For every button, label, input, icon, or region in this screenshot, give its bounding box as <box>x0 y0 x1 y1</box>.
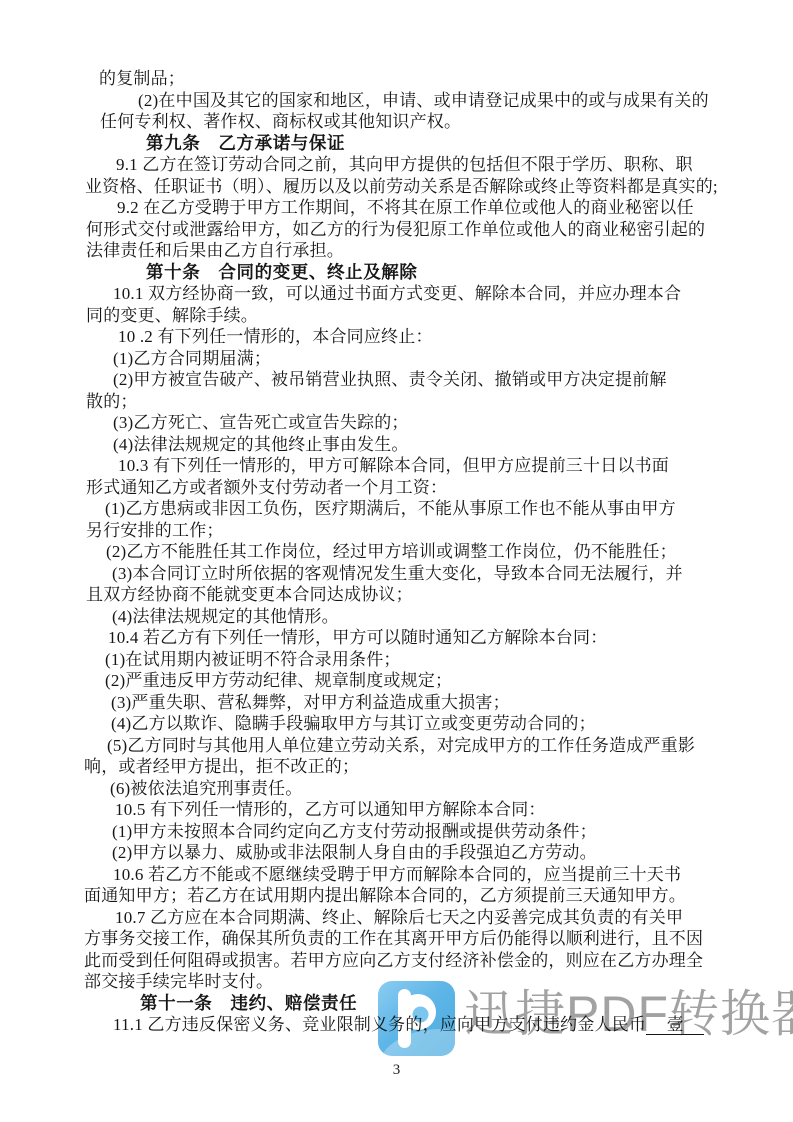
line-text: 业资格、任职证书（明）、履历以及以前劳动关系是否解除或终止等资料都是真实的; <box>85 177 718 196</box>
line-text: (3)乙方死亡、宣告死亡或宣告失踪的； <box>113 413 409 432</box>
document-line: 业资格、任职证书（明）、履历以及以前劳动关系是否解除或终止等资料都是真实的; <box>84 176 744 198</box>
document-line: (1)甲方未按照本合同约定向乙方支付劳动报酬或提供劳动条件； <box>84 821 744 843</box>
document-line: 且双方经协商不能就变更本合同达成协议； <box>84 584 744 606</box>
document-line: 10.7 乙方应在本合同期满、终止、解除后七天之内妥善完成其负责的有关甲 <box>84 907 744 929</box>
line-text: (4)法律法规规定的其他情形。 <box>112 607 339 626</box>
line-text: 9.2 在乙方受聘于甲方工作期间，不将其在原工作单位或他人的商业秘密以任 <box>117 198 694 217</box>
line-text: (1)乙方合同期届满； <box>113 349 271 368</box>
line-text: 部交接手续完毕时支付。 <box>84 972 273 991</box>
document-line: 11.1 乙方违反保密义务、竞业限制义务的，应向甲方支付违约金人民币壹 <box>84 1014 744 1036</box>
document-line: 9.1 乙方在签订劳动合同之前，其向甲方提供的包括但不限于学历、职称、职 <box>84 154 744 176</box>
document-line: (2)在中国及其它的国家和地区，申请、或申请登记成果中的或与成果有关的 <box>84 90 744 112</box>
document-line: 10.5 有下列任一情形的，乙方可以通知甲方解除本合同： <box>84 799 744 821</box>
underlined-blank: 壹 <box>646 1015 704 1035</box>
document-line: (4)法律法规规定的其他情形。 <box>84 606 744 628</box>
line-text: 的复制品； <box>99 69 185 88</box>
line-text: (1)在试用期内被证明不符合录用条件； <box>105 650 401 669</box>
line-text: (6)被依法追究刑事责任。 <box>110 779 302 798</box>
line-text: 散的； <box>86 392 138 411</box>
line-text: (4)法律法规规定的其他终止事由发生。 <box>113 435 409 454</box>
document-line: (1)乙方患病或非因工负伤，医疗期满后，不能从事原工作也不能从事由甲方 <box>84 498 744 520</box>
line-text: 10.7 乙方应在本合同期满、终止、解除后七天之内妥善完成其负责的有关甲 <box>115 908 683 927</box>
page-number: 3 <box>0 1062 793 1079</box>
document-line: 任何专利权、著作权、商标权或其他知识产权。 <box>84 111 744 133</box>
document-heading-line: 第九条 乙方承诺与保证 <box>84 133 744 155</box>
document-line: 此而受到任何阻碍或损害。若甲方应向乙方支付经济补偿金的，则应在乙方办理全 <box>84 950 744 972</box>
line-text: 方事务交接工作，确保其所负责的工作在其离开甲方后仍能得以顺利进行，且不因 <box>84 929 703 948</box>
document-line: (3)乙方死亡、宣告死亡或宣告失踪的； <box>84 412 744 434</box>
document-line: 面通知甲方；若乙方在试用期内提出解除本合同的，乙方须提前三天通知甲方。 <box>84 885 744 907</box>
document-line: (2)乙方不能胜任其工作岗位，经过甲方培训或调整工作岗位，仍不能胜任； <box>84 541 744 563</box>
line-text: 何形式交付或泄露给甲方，如乙方的行为侵犯原工作单位或他人的商业秘密引起的 <box>86 220 705 239</box>
line-text: 第九条 乙方承诺与保证 <box>146 133 345 153</box>
document-line: 法律责任和后果由乙方自行承担。 <box>84 240 744 262</box>
document-line: 9.2 在乙方受聘于甲方工作期间，不将其在原工作单位或他人的商业秘密以任 <box>84 197 744 219</box>
line-text: (2)在中国及其它的国家和地区，申请、或申请登记成果中的或与成果有关的 <box>138 91 709 110</box>
document-line: 另行安排的工作； <box>84 520 744 542</box>
line-text: (3)本合同订立时所依据的客观情况发生重大变化，导致本合同无法履行，并 <box>112 564 683 583</box>
line-text: (5)乙方同时与其他用人单位建立劳动关系，对完成甲方的工作任务造成严重影 <box>107 736 695 755</box>
document-heading-line: 第十一条 违约、赔偿责任 <box>84 993 744 1015</box>
document-line: 10.1 双方经协商一致，可以通过书面方式变更、解除本合同，并应办理本合 <box>84 283 744 305</box>
line-text: (1)甲方未按照本合同约定向乙方支付劳动报酬或提供劳动条件； <box>112 822 597 841</box>
line-text: (3)严重失职、营私舞弊，对甲方利益造成重大损害； <box>111 693 510 712</box>
document-line: (1)乙方合同期届满； <box>84 348 744 370</box>
line-text: 法律责任和后果由乙方自行承担。 <box>86 241 344 260</box>
line-text: 面通知甲方；若乙方在试用期内提出解除本合同的，乙方须提前三天通知甲方。 <box>84 886 686 905</box>
line-text: 10 .2 有下列任一情形的，本合同应终止： <box>118 327 433 346</box>
document-line: 的复制品； <box>84 68 744 90</box>
line-text: (4)乙方以欺诈、隐瞒手段骗取甲方与其订立或变更劳动合同的； <box>111 714 596 733</box>
document-line: 同的变更、解除手续。 <box>84 305 744 327</box>
line-text: 第十一条 违约、赔偿责任 <box>140 993 357 1013</box>
line-text: (1)乙方患病或非因工负伤，医疗期满后，不能从事原工作也不能从事由甲方 <box>105 499 676 518</box>
line-text: (2)乙方不能胜任其工作岗位，经过甲方培训或调整工作岗位，仍不能胜任； <box>106 542 677 561</box>
document-line: (1)在试用期内被证明不符合录用条件； <box>84 649 744 671</box>
document-line: 形式通知乙方或者额外支付劳动者一个月工资： <box>84 477 744 499</box>
line-text: 10.4 若乙方有下列任一情形，甲方可以随时通知乙方解除本台同： <box>108 628 607 647</box>
document-line: 响，或者经甲方提出，拒不改正的； <box>84 756 744 778</box>
document-line: (3)严重失职、营私舞弊，对甲方利益造成重大损害； <box>84 692 744 714</box>
line-text: 10.6 若乙方不能或不愿继续受聘于甲方而解除本合同的，应当提前三十天书 <box>113 865 681 884</box>
line-text: 10.5 有下列任一情形的，乙方可以通知甲方解除本合同： <box>115 800 546 819</box>
document-line: (6)被依法追究刑事责任。 <box>84 778 744 800</box>
line-text: 响，或者经甲方提出，拒不改正的； <box>84 757 359 776</box>
document-line: (4)法律法规规定的其他终止事由发生。 <box>84 434 744 456</box>
line-text: 11.1 乙方违反保密义务、竞业限制义务的，应向甲方支付违约金人民币 <box>113 1015 646 1034</box>
document-line: (5)乙方同时与其他用人单位建立劳动关系，对完成甲方的工作任务造成严重影 <box>84 735 744 757</box>
document-line: (4)乙方以欺诈、隐瞒手段骗取甲方与其订立或变更劳动合同的； <box>84 713 744 735</box>
line-text: 同的变更、解除手续。 <box>86 306 258 325</box>
document-line: (3)本合同订立时所依据的客观情况发生重大变化，导致本合同无法履行，并 <box>84 563 744 585</box>
scanned-contract-page: { "page": { "number": "3", "background":… <box>0 0 793 1122</box>
line-text: 此而受到任何阻碍或损害。若甲方应向乙方支付经济补偿金的，则应在乙方办理全 <box>84 951 703 970</box>
document-line: 散的； <box>84 391 744 413</box>
line-text: (2)甲方被宣告破产、被吊销营业执照、责令关闭、撤销或甲方决定提前解 <box>113 370 667 389</box>
document-body: 的复制品；(2)在中国及其它的国家和地区，申请、或申请登记成果中的或与成果有关的… <box>84 68 744 1036</box>
line-text: (2)甲方以暴力、威胁或非法限制人身自由的手段强迫乙方劳动。 <box>112 843 597 862</box>
document-heading-line: 第十条 合同的变更、终止及解除 <box>84 262 744 284</box>
line-text: 另行安排的工作； <box>86 521 224 540</box>
document-line: 部交接手续完毕时支付。 <box>84 971 744 993</box>
document-line: (2)严重违反甲方劳动纪律、规章制度或规定； <box>84 670 744 692</box>
document-line: 10.6 若乙方不能或不愿继续受聘于甲方而解除本合同的，应当提前三十天书 <box>84 864 744 886</box>
line-text: 9.1 乙方在签订劳动合同之前，其向甲方提供的包括但不限于学历、职称、职 <box>116 155 693 174</box>
line-text: 且双方经协商不能就变更本合同达成协议； <box>86 585 413 604</box>
document-line: (2)甲方被宣告破产、被吊销营业执照、责令关闭、撤销或甲方决定提前解 <box>84 369 744 391</box>
document-line: 方事务交接工作，确保其所负责的工作在其离开甲方后仍能得以顺利进行，且不因 <box>84 928 744 950</box>
line-text: 任何专利权、著作权、商标权或其他知识产权。 <box>100 112 461 131</box>
line-text: 10.3 有下列任一情形的，甲方可解除本合同，但甲方应提前三十日以书面 <box>118 456 669 475</box>
document-line: 10.3 有下列任一情形的，甲方可解除本合同，但甲方应提前三十日以书面 <box>84 455 744 477</box>
line-text: 形式通知乙方或者额外支付劳动者一个月工资： <box>86 478 447 497</box>
document-line: 10.4 若乙方有下列任一情形，甲方可以随时通知乙方解除本台同： <box>84 627 744 649</box>
document-line: 10 .2 有下列任一情形的，本合同应终止： <box>84 326 744 348</box>
document-line: (2)甲方以暴力、威胁或非法限制人身自由的手段强迫乙方劳动。 <box>84 842 744 864</box>
document-line: 何形式交付或泄露给甲方，如乙方的行为侵犯原工作单位或他人的商业秘密引起的 <box>84 219 744 241</box>
line-text: (2)严重违反甲方劳动纪律、规章制度或规定； <box>105 671 452 690</box>
line-text: 第十条 合同的变更、终止及解除 <box>146 262 418 282</box>
line-text: 10.1 双方经协商一致，可以通过书面方式变更、解除本合同，并应办理本合 <box>113 284 681 303</box>
